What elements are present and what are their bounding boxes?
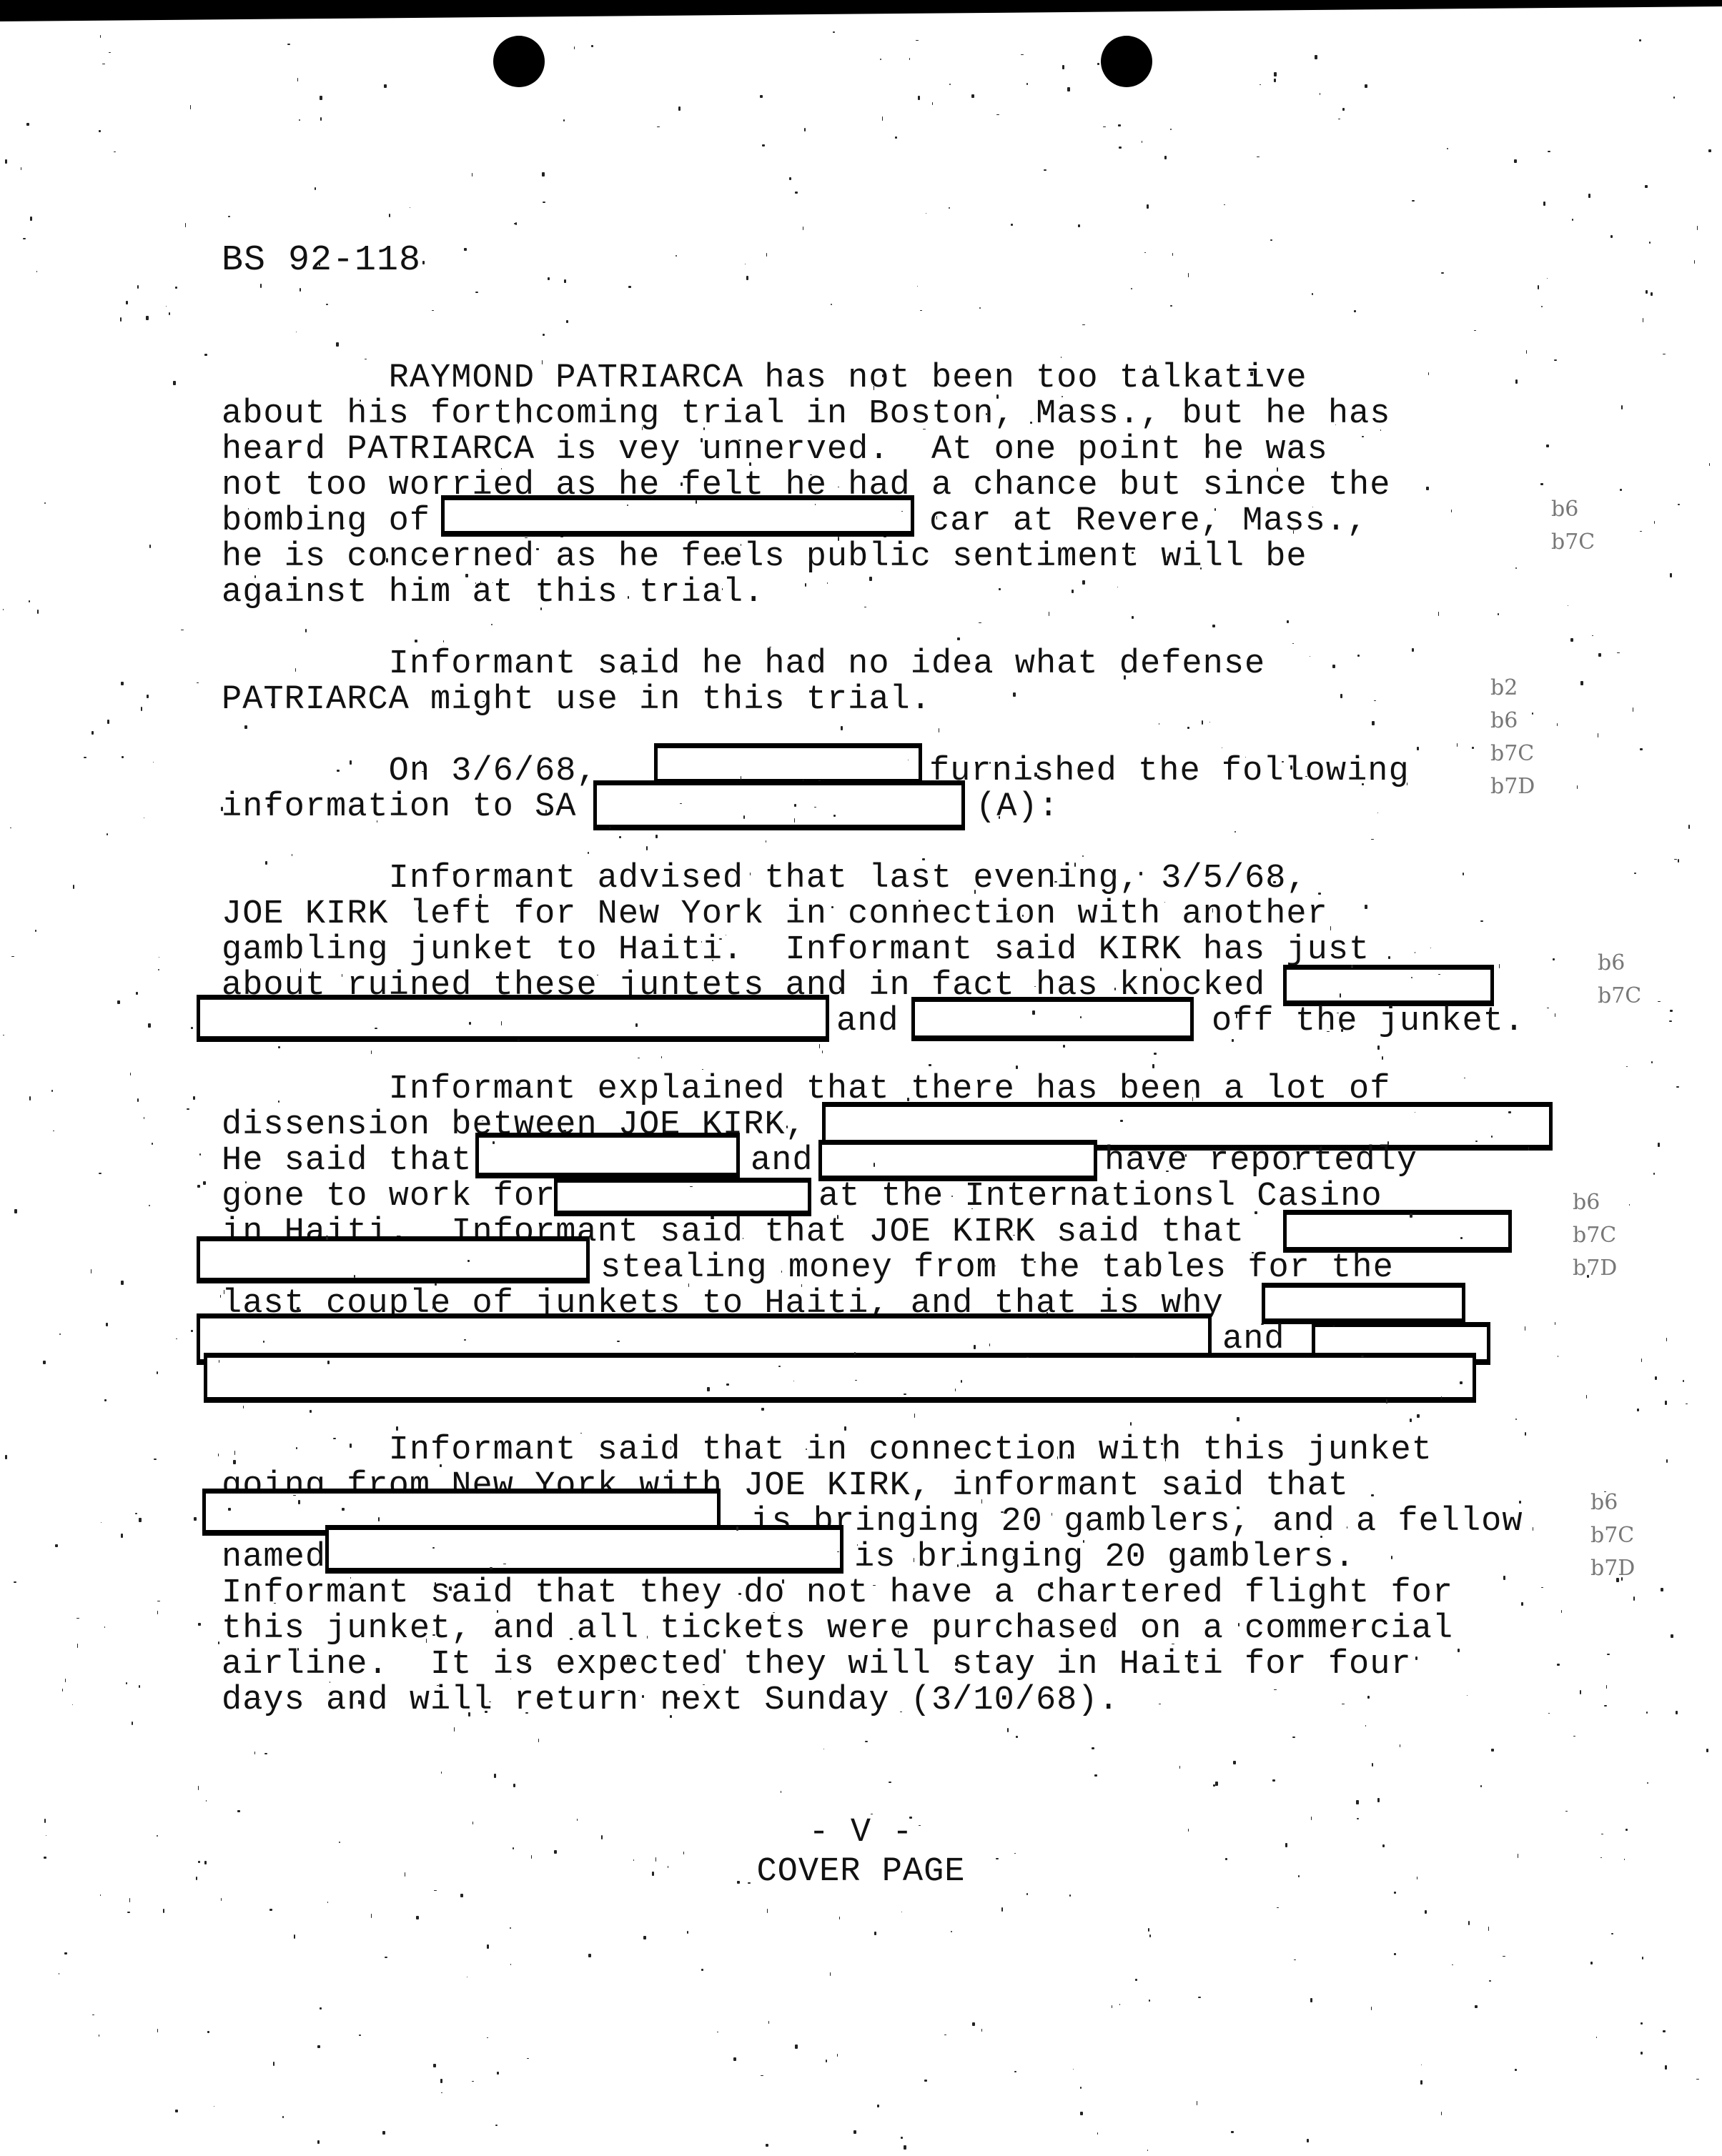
scan-speck [1541,1587,1543,1588]
scan-speck [64,1952,67,1954]
scan-speck [99,1173,102,1174]
scan-speck [43,1361,46,1364]
scan-speck [1080,2087,1082,2089]
scan-speck [981,1499,982,1504]
scan-speck [1604,1705,1607,1707]
scan-speck [804,128,806,131]
scan-speck [1290,765,1292,770]
scan-speck [1658,1143,1660,1147]
scan-speck [1215,1782,1218,1786]
scan-speck [1666,1459,1668,1463]
scan-speck [336,342,339,347]
scan-speck [1135,1979,1137,1981]
scan-speck [426,1639,427,1643]
scan-speck [864,607,866,607]
scan-speck [1330,926,1331,930]
scan-speck [1294,1959,1296,1960]
scan-speck [591,45,593,47]
scan-speck [651,496,653,497]
scan-speck [1170,129,1172,130]
scan-speck [248,950,249,950]
scan-speck [1233,1761,1236,1764]
scan-speck [1694,260,1695,264]
scan-speck [819,1044,820,1048]
scan-speck [904,1394,906,1395]
scan-speck [767,1909,768,1913]
scan-speck [1475,1141,1478,1142]
scan-speck [365,359,367,359]
scan-speck [1057,1456,1058,1459]
scan-speck [35,930,36,932]
scan-speck [643,1936,646,1939]
scan-speck [106,1323,108,1326]
scan-speck [768,2021,769,2024]
scan-speck [696,500,697,504]
scan-speck [690,1186,693,1187]
scan-speck [1164,902,1165,903]
scan-speck [298,1500,300,1504]
scan-speck [1709,463,1710,466]
scan-speck [333,1438,336,1439]
scan-speck [326,1236,328,1240]
scan-speck [1491,1749,1494,1752]
scan-speck [919,1825,921,1826]
scan-speck [5,159,7,164]
scan-speck [299,119,300,121]
scan-speck [766,253,767,257]
scan-speck [712,960,713,961]
scan-speck [1231,2131,1234,2133]
scan-speck [1514,159,1517,163]
scan-speck [1188,273,1189,277]
exemption-codes: b6 b7C [1551,493,1595,559]
scan-speck [877,2105,879,2107]
scan-speck [1438,612,1439,616]
scan-speck [194,1517,197,1521]
scan-speck [545,1187,547,1188]
scan-speck [1165,1457,1166,1461]
scan-speck [999,816,1000,819]
scan-speck [1386,1399,1387,1404]
scan-speck [855,1380,857,1381]
scan-speck [418,907,421,910]
scan-speck [818,780,821,781]
scan-speck [865,1741,868,1742]
scan-speck [778,1366,781,1367]
redaction-box [204,1353,1476,1403]
scan-speck [1073,2069,1074,2070]
scan-speck [339,1842,340,1843]
scan-speck [320,117,322,121]
scan-speck [1377,813,1378,813]
scan-speck [1245,757,1246,757]
body-line: have reportedly [1104,1143,1417,1179]
scan-speck [914,1414,915,1418]
scan-speck [1113,875,1116,879]
body-line: days and will return next Sunday (3/10/6… [222,1683,1119,1719]
scan-speck [26,123,29,126]
body-line: and [751,1143,813,1179]
scan-speck [1696,2079,1699,2080]
scan-speck [305,629,307,632]
scan-speck [1043,410,1044,414]
scan-speck [1538,285,1539,289]
scan-speck [30,217,32,221]
body-line: Informant said that in connection with t… [222,1433,1432,1469]
scan-speck [1161,1443,1163,1445]
scan-speck [21,167,21,170]
scan-speck [1013,1556,1016,1559]
scan-speck [536,548,539,550]
scan-speck [949,207,950,209]
scan-speck [1444,1583,1445,1586]
scan-speck [670,1715,672,1718]
exemption-code: b7D [1590,1552,1635,1585]
scan-speck [169,312,170,315]
exemption-code: b7C [1551,526,1595,559]
scan-speck [228,1508,231,1511]
exemption-code: b6 [1598,947,1641,980]
scan-speck [853,2130,856,2134]
scan-speck [371,1050,372,1054]
scan-speck [874,1163,875,1167]
scan-speck [633,1859,634,1861]
scan-speck [1548,151,1550,152]
scan-speck [221,1898,222,1901]
scan-speck [472,173,472,177]
scan-speck [548,277,550,280]
scan-speck [396,1426,398,1431]
scan-speck [1415,1656,1417,1660]
scan-speck [1598,653,1601,657]
scan-speck [657,126,660,127]
scan-speck [882,374,884,377]
scan-speck [1197,2101,1197,2105]
scan-speck [994,1266,996,1266]
scan-speck [1480,1785,1482,1787]
scan-speck [1320,1536,1322,1538]
punch-hole-left [493,36,545,87]
scan-speck [1607,1654,1610,1655]
scan-speck [55,1544,58,1547]
scan-speck [420,760,421,762]
scan-speck [1489,1980,1491,1982]
scan-speck [44,1857,46,1859]
scan-speck [833,815,836,817]
scan-speck [293,1495,296,1496]
scan-speck [1649,242,1651,244]
scan-speck [1124,675,1126,680]
scan-speck [831,906,833,908]
scan-speck [518,420,519,424]
scan-speck [467,1260,470,1262]
scan-speck [181,630,184,630]
scan-speck [597,975,598,975]
body-line: On 3/6/68, [222,754,598,790]
scan-speck [104,1626,105,1628]
scan-speck [627,1658,630,1662]
scan-speck [1030,422,1032,424]
scan-speck [493,582,493,583]
scan-speck [292,854,292,856]
scan-speck [265,861,267,865]
scan-speck [743,1238,743,1239]
scan-speck [794,804,796,807]
page-marker: - V - [0,1815,1722,1851]
scan-speck [1293,1168,1296,1170]
scan-speck [854,1352,856,1355]
scan-speck [795,2045,798,2049]
scan-speck [1365,84,1367,88]
scan-speck [588,852,589,854]
scan-speck [1341,1029,1343,1032]
body-line: RAYMOND PATRIARCA has not been too talka… [222,361,1307,397]
scan-speck [107,720,109,724]
scan-speck [100,35,101,38]
scan-speck [1298,1875,1300,1877]
scan-speck [1154,1053,1157,1055]
scan-speck [257,1699,260,1700]
scan-speck [244,702,247,705]
scan-speck [1103,126,1106,127]
scan-speck [750,873,751,875]
scan-speck [422,771,424,772]
scan-speck [296,1447,297,1449]
scan-speck [901,511,903,512]
scan-speck [65,1679,66,1682]
scan-speck [919,900,921,902]
scan-speck [1224,204,1225,205]
scan-speck [144,818,144,818]
scan-speck [671,1446,671,1450]
scan-speck [1641,2052,1643,2055]
redaction-box [325,1525,843,1574]
scan-speck [722,588,723,590]
scan-speck [1555,1322,1555,1325]
scan-speck [971,94,974,98]
scan-speck [1292,643,1294,644]
scan-speck [1172,253,1173,256]
scan-speck [310,1410,312,1413]
scan-speck [823,1749,824,1749]
scan-speck [683,1852,684,1854]
scan-speck [1499,964,1500,968]
scan-speck [254,1752,255,1754]
scan-speck [1132,616,1134,619]
scan-speck [1639,39,1641,41]
scan-speck [1604,1491,1606,1492]
scan-speck [1671,1634,1673,1638]
scan-speck [1611,1933,1613,1934]
scan-speck [419,560,422,561]
scan-speck [282,2116,284,2118]
scan-speck [157,1611,158,1614]
body-line: Informant advised that last evening, 3/5… [222,861,1307,897]
scan-speck [944,2035,946,2035]
scan-speck [1554,359,1557,361]
scan-speck [1706,1749,1708,1752]
scan-speck [909,58,910,60]
scan-speck [1310,1998,1312,2002]
scan-speck [1547,1008,1549,1008]
scan-speck [1417,747,1419,750]
scan-speck [1257,157,1260,157]
scan-speck [269,1909,272,1911]
scan-speck [375,1028,377,1029]
scan-speck [1034,1261,1036,1263]
scan-speck [248,508,249,510]
scan-speck [542,172,545,177]
scan-speck [974,1345,976,1349]
exemption-code: b7D [1490,770,1535,803]
scan-speck [1555,1013,1555,1017]
scan-speck [738,439,741,441]
scan-speck [566,320,568,323]
scan-speck [10,828,11,828]
scan-speck [1412,648,1414,652]
scan-speck [1139,872,1142,875]
scan-speck [1674,859,1677,860]
scan-speck [1678,504,1680,505]
scan-speck [1315,55,1317,59]
scan-speck [1202,720,1203,725]
scan-speck [384,84,387,88]
scan-speck [1362,783,1364,785]
scan-speck [1508,1111,1511,1113]
scan-speck [769,1113,771,1114]
scan-speck [432,1547,435,1549]
scan-speck [206,1800,207,1802]
scan-speck [527,2058,529,2059]
scan-speck [1568,605,1568,606]
scan-speck [542,360,543,364]
scan-speck [1332,665,1335,668]
scan-speck [1354,310,1356,312]
scan-speck [1222,747,1222,748]
scan-speck [564,279,566,283]
scan-speck [986,413,987,415]
scan-speck [107,833,108,835]
scan-speck [703,1684,705,1685]
scan-speck [153,762,154,762]
scan-speck [437,1685,439,1686]
scan-speck [822,1050,823,1053]
scan-speck [23,238,26,239]
scan-speck [647,1636,648,1639]
scan-speck [1610,235,1613,238]
scan-speck [163,1909,164,1913]
scan-speck [1678,859,1679,863]
scan-speck [1621,405,1623,409]
body-line: and [836,1004,899,1040]
scan-speck [766,2144,768,2147]
scan-speck [29,1096,31,1101]
scan-speck [1338,119,1340,119]
scan-speck [737,1881,740,1884]
scan-speck [538,1739,539,1742]
scan-speck [904,2145,906,2150]
scan-speck [1097,2132,1098,2135]
scan-speck [315,187,316,190]
scan-speck [309,587,310,590]
exemption-code: b6 [1573,1186,1617,1219]
scan-speck [794,818,795,823]
scan-speck [114,151,116,152]
scan-speck [909,1221,910,1223]
redaction-box [475,1133,740,1178]
scan-speck [410,207,410,208]
scan-speck [460,1894,463,1897]
scan-speck [837,1215,838,1219]
scan-speck [793,1381,794,1381]
scan-speck [1655,1376,1657,1380]
scan-speck [1347,1526,1347,1529]
scan-speck [459,1116,460,1120]
scan-speck [1654,521,1655,524]
scan-speck [803,227,803,230]
scan-speck [435,1283,437,1286]
scan-speck [810,475,812,475]
scan-speck [809,557,811,561]
scan-speck [1277,467,1278,472]
scan-speck [786,1126,788,1128]
scan-speck [1626,1066,1628,1067]
scan-speck [220,1295,221,1298]
scan-speck [159,957,159,958]
scan-speck [294,1934,295,1939]
scan-speck [1159,723,1159,725]
scan-speck [676,255,677,257]
scan-speck [350,1577,351,1579]
scan-speck [1067,87,1070,91]
scan-speck [1013,1235,1015,1236]
scan-speck [494,1774,496,1778]
scan-speck [1380,429,1381,431]
scan-speck [382,940,382,942]
scan-speck [1061,357,1062,358]
scan-speck [297,78,298,81]
scan-speck [1458,1649,1460,1652]
scan-speck [510,1679,511,1679]
body-line: is bringing 20 gamblers. [854,1540,1355,1576]
scan-speck [274,1603,276,1604]
scan-speck [436,1150,438,1153]
scan-speck [781,1877,783,1877]
scan-speck [101,1522,102,1523]
scan-speck [1068,1454,1070,1459]
scan-speck [667,1474,668,1476]
scan-speck [1663,354,1666,354]
scan-speck [884,537,886,537]
scan-speck [655,1857,656,1862]
scan-speck [1167,556,1168,560]
scan-speck [1072,590,1074,593]
redaction-box [818,1140,1097,1181]
scan-speck [1356,1800,1359,1804]
scan-speck [1148,1928,1149,1932]
scan-speck [1637,1409,1639,1411]
scan-speck [1274,72,1277,76]
scan-speck [1026,1893,1028,1895]
scan-speck [560,537,563,537]
scan-speck [502,587,503,589]
scan-speck [271,703,272,706]
scan-speck [198,1861,200,1863]
scan-speck [29,600,30,602]
scan-speck [979,622,981,623]
redaction-box [441,495,914,537]
scan-speck [132,1722,133,1725]
